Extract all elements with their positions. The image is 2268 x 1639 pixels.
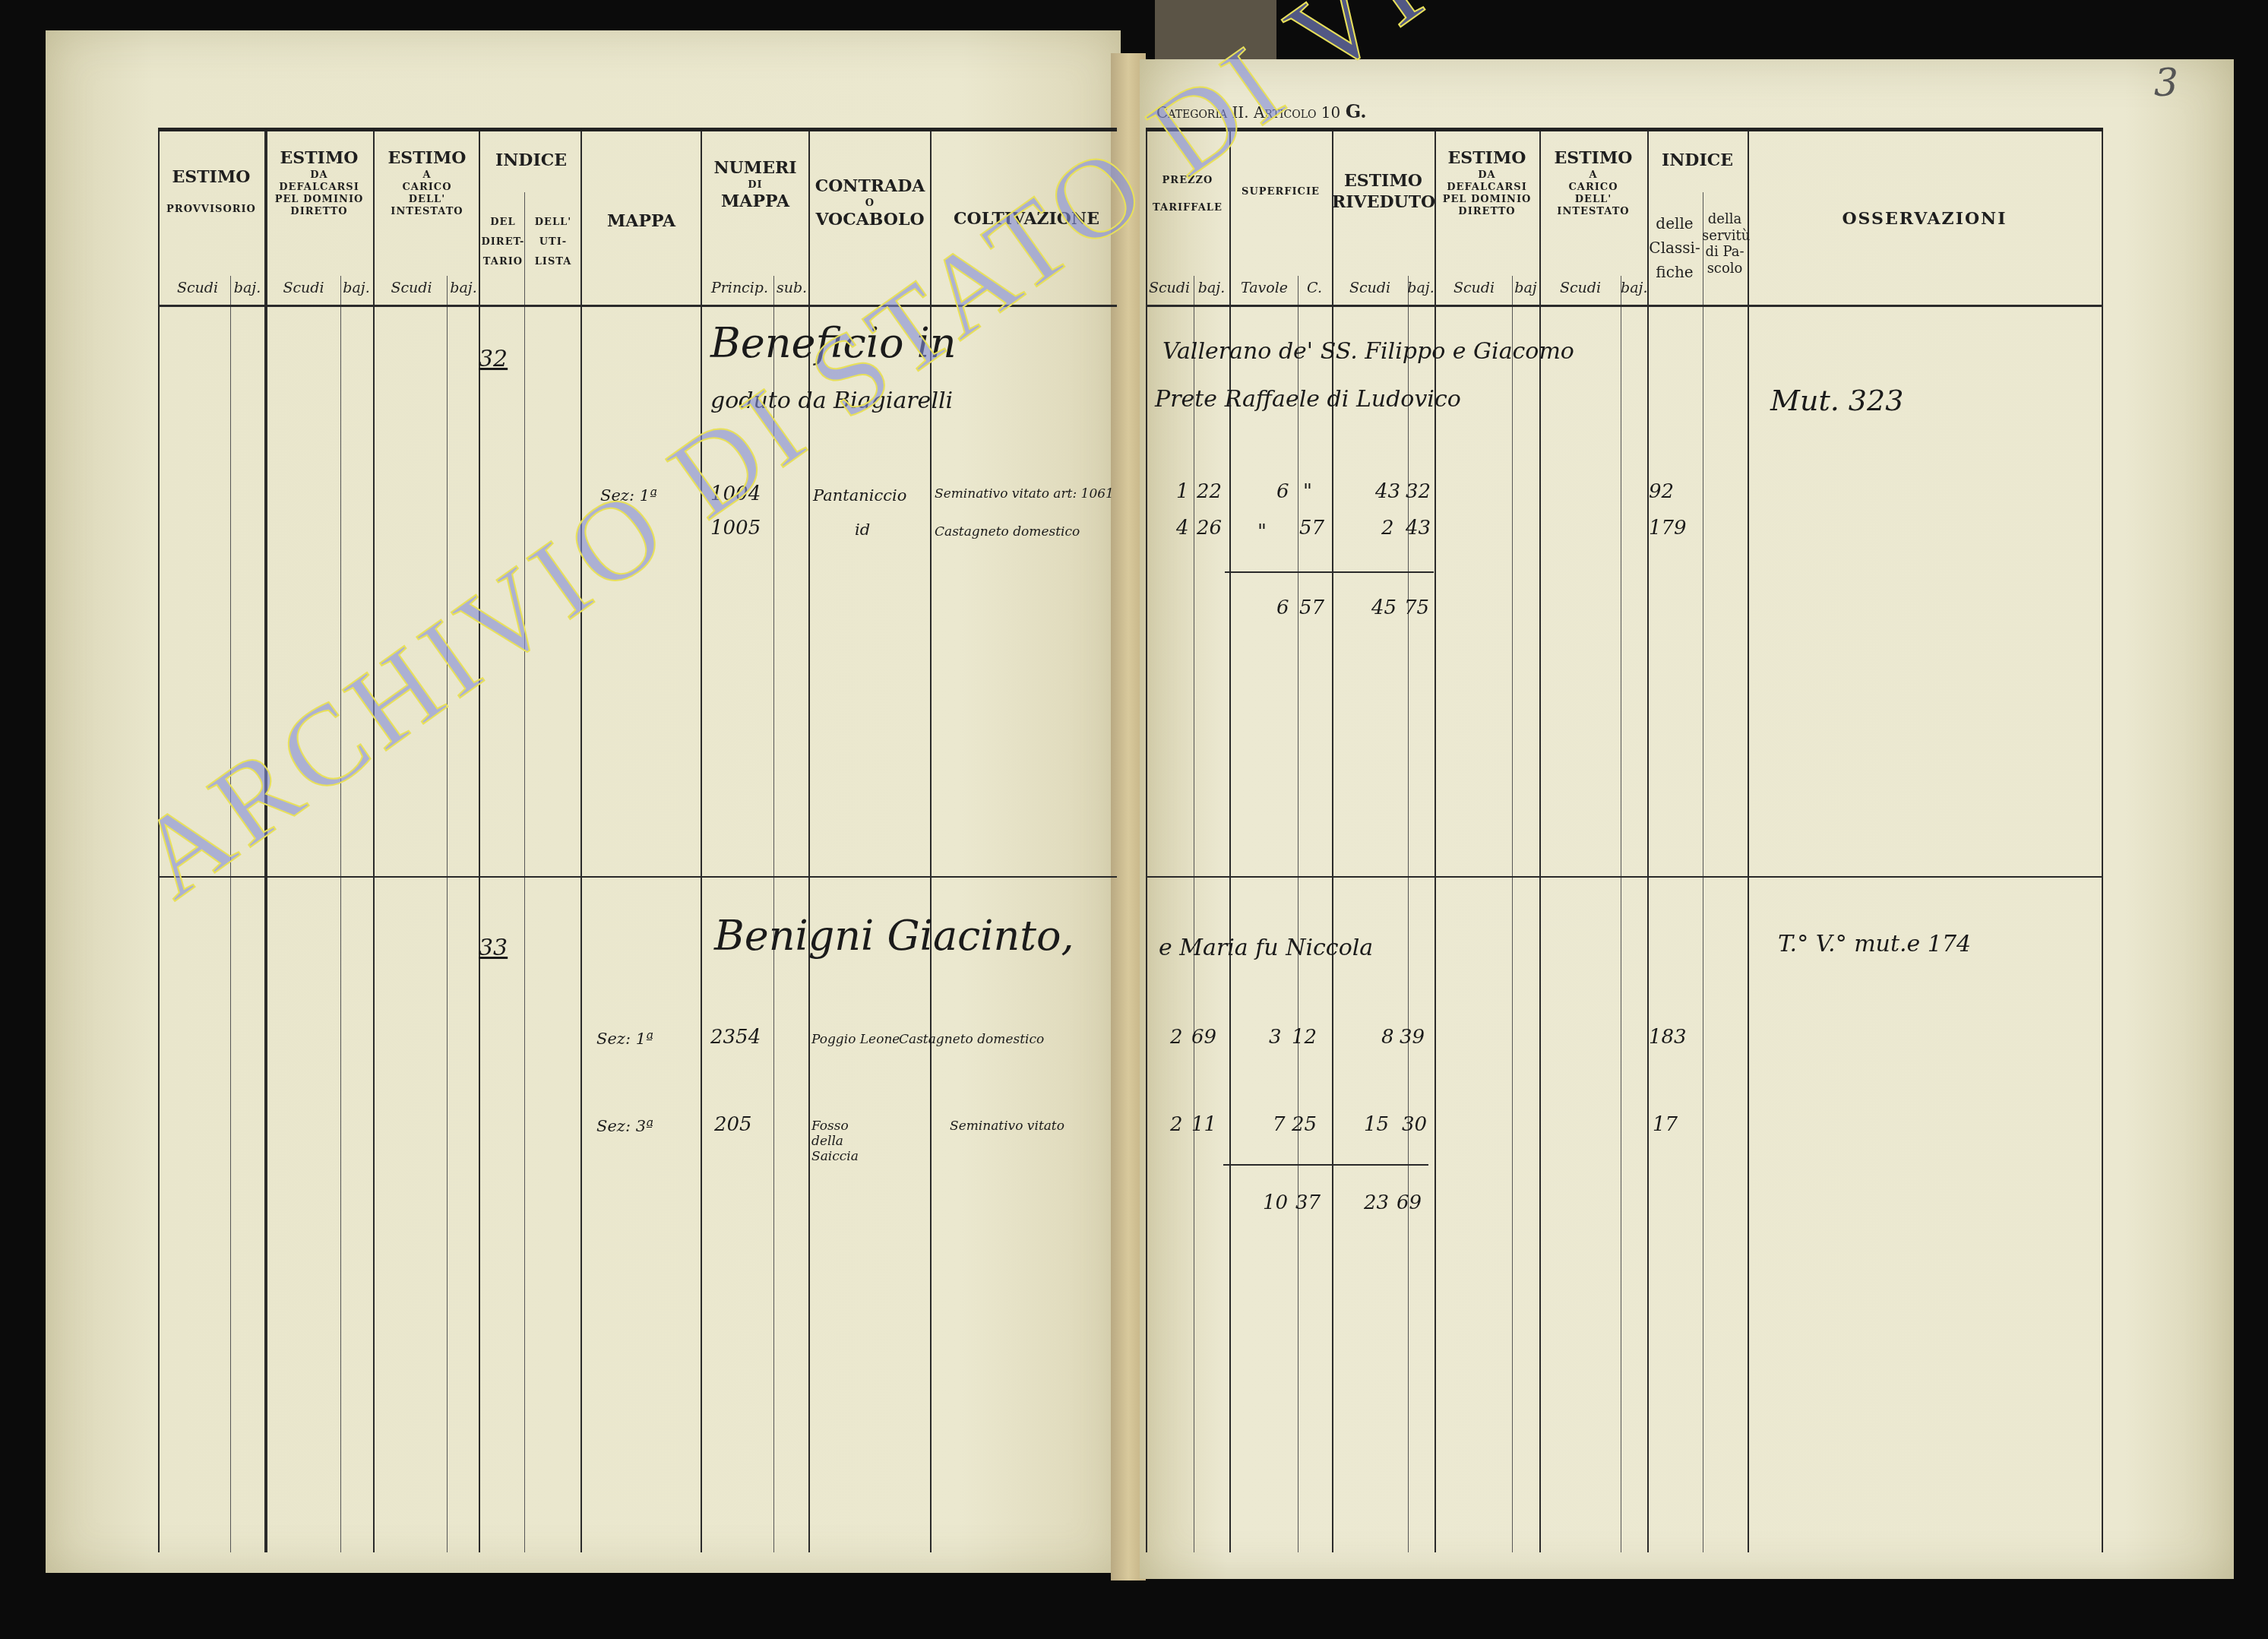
entry-number: 32 (479, 346, 508, 372)
parcel-contrada: Poggio Leone (811, 1032, 900, 1047)
parcel-coltivazione: Seminativo vitato (950, 1119, 1064, 1134)
total-estimo-baj: 69 (1397, 1191, 1422, 1214)
parcel-contrada: Pantaniccio (813, 486, 906, 505)
category-letter: G. (1346, 100, 1367, 122)
total-centesimi: 37 (1295, 1191, 1321, 1214)
header-indice-classifiche: delle Classi-fiche (1647, 211, 1702, 284)
header-indice-left: INDICE (480, 150, 582, 172)
subheader-scudi: Scudi (1436, 280, 1512, 296)
category-header: Categoria II. Articolo 10 G. (1156, 100, 1367, 122)
header-osservazioni: OSSERVAZIONI (1748, 209, 2102, 230)
estimo-scudi: 15 (1364, 1113, 1389, 1136)
left-register-table (158, 128, 1117, 1552)
prezzo-scudi: 1 (1176, 480, 1189, 503)
prezzo-baj: 26 (1197, 517, 1222, 539)
subheader-baj: baj. (448, 280, 479, 296)
subheader-scudi: Scudi (267, 280, 340, 296)
header-estimo-carico-right: ESTIMO A CARICO DELL' INTESTATO (1539, 148, 1647, 219)
header-estimo-riveduto: ESTIMO RIVEDUTO (1332, 171, 1435, 213)
superficie-centesimi: 25 (1292, 1113, 1317, 1136)
subheader-scudi: Scudi (1541, 280, 1620, 296)
prezzo-scudi: 4 (1176, 517, 1189, 539)
parcel-contrada: id (855, 520, 870, 539)
parcel-sezione: Sez: 1ª (600, 486, 657, 505)
classifica: 92 (1649, 480, 1674, 503)
estimo-scudi: 43 (1375, 480, 1400, 503)
header-estimo-carico: ESTIMO A CARICO DELL' INTESTATO (374, 148, 480, 219)
subheader-baj: baj. (340, 280, 372, 296)
owner-name-line1-left: Benigni Giacinto, (714, 912, 1074, 960)
prezzo-baj: 69 (1191, 1026, 1216, 1049)
header-mappa: MAPPA (582, 211, 701, 233)
entry-number: 33 (479, 935, 508, 961)
subheader-tavole: Tavole (1231, 280, 1298, 296)
sum-line (1225, 571, 1434, 573)
superficie-centesimi: " (1303, 480, 1312, 503)
subheader-sub: sub. (775, 280, 808, 296)
subheader-centesimi: C. (1298, 280, 1331, 296)
subheader-scudi: Scudi (163, 280, 232, 296)
subheader-scudi: Scudi (1333, 280, 1406, 296)
estimo-baj: 39 (1400, 1026, 1425, 1049)
parcel-numero: 205 (714, 1113, 752, 1136)
observation: T.° V.° mut.e 174 (1778, 931, 1971, 957)
estimo-scudi: 8 (1381, 1026, 1394, 1049)
header-contrada-vocabolo: CONTRADA O VOCABOLO (810, 176, 930, 230)
total-estimo-baj: 75 (1404, 596, 1429, 619)
total-centesimi: 57 (1299, 596, 1324, 619)
subheader-baj: baj. (230, 280, 264, 296)
estimo-baj: 30 (1402, 1113, 1427, 1136)
superficie-centesimi: 57 (1299, 517, 1324, 539)
parcel-sezione: Sez: 1ª (596, 1030, 653, 1048)
observation: Mut. 323 (1770, 384, 1903, 417)
subheader-scudi: Scudi (375, 280, 448, 296)
prezzo-scudi: 2 (1170, 1113, 1183, 1136)
parcel-coltivazione: Seminativo vitato art: 1061 (935, 486, 1114, 502)
prezzo-baj: 11 (1191, 1113, 1216, 1136)
header-indice-right: INDICE (1647, 150, 1748, 172)
owner-name-line1-right: e Maria fu Niccola (1159, 935, 1373, 961)
subheader-baj: baj. (1407, 280, 1435, 296)
owner-name-line2-left: goduto da Biagiarelli (710, 388, 953, 414)
header-coltivazione: COLTIVAZIONE (932, 209, 1121, 230)
header-indice-direttario: DEL DIRET-TARIO (480, 213, 526, 272)
header-estimo-defalcarsi-right: ESTIMO DA DEFALCARSI PEL DOMINIO DIRETTO (1435, 148, 1539, 219)
parcel-contrada: Fosso della Saiccia (811, 1119, 880, 1164)
subheader-principale: Princip. (704, 280, 776, 296)
superficie-tavole: 3 (1269, 1026, 1282, 1049)
parcel-sezione: Sez: 3ª (596, 1117, 653, 1135)
category-text: Categoria II. Articolo 10 (1156, 103, 1340, 122)
estimo-baj: 32 (1406, 480, 1431, 503)
page-number: 3 (2154, 61, 2178, 105)
subheader-baj: baj. (1194, 280, 1229, 296)
parcel-numero: 1005 (710, 517, 761, 539)
superficie-tavole: " (1257, 520, 1267, 543)
owner-name-line1-left: Beneficio in (710, 319, 957, 367)
subheader-baj: baj. (1621, 280, 1647, 296)
prezzo-scudi: 2 (1170, 1026, 1183, 1049)
parcel-coltivazione: Castagneto domestico (899, 1032, 1044, 1047)
classifica: 179 (1649, 517, 1687, 539)
prezzo-baj: 22 (1197, 480, 1222, 503)
header-estimo-defalcarsi: ESTIMO DA DEFALCARSI PEL DOMINIO DIRETTO (266, 148, 372, 219)
subheader-baj: baj (1512, 280, 1539, 296)
header-indice-utilista: DELL' UTI-LISTA (526, 213, 580, 272)
estimo-baj: 43 (1406, 517, 1431, 539)
total-estimo-scudi: 45 (1371, 596, 1397, 619)
subheader-scudi: Scudi (1146, 280, 1193, 296)
parcel-numero: 1004 (710, 483, 761, 505)
superficie-tavole: 6 (1276, 480, 1289, 503)
total-estimo-scudi: 23 (1364, 1191, 1389, 1214)
estimo-scudi: 2 (1381, 517, 1394, 539)
owner-name-line2-right: Prete Raffaele di Ludovico (1155, 386, 1461, 413)
header-prezzo-tariffale: PREZZO TARIFFALE (1146, 175, 1229, 215)
parcel-coltivazione: Castagneto domestico (935, 524, 1080, 539)
owner-name-line1-right: Vallerano de' SS. Filippo e Giacomo (1162, 338, 1574, 365)
header-superficie: SUPERFICIE (1229, 186, 1332, 198)
parcel-numero: 2354 (710, 1026, 761, 1049)
header-numeri-mappa: NUMERI DI MAPPA (702, 158, 808, 212)
superficie-tavole: 7 (1273, 1113, 1286, 1136)
total-tavole: 10 (1263, 1191, 1288, 1214)
sum-line (1223, 1164, 1428, 1166)
classifica: 183 (1649, 1026, 1687, 1049)
total-tavole: 6 (1276, 596, 1289, 619)
binding-tape (1155, 0, 1276, 61)
classifica: 17 (1653, 1113, 1678, 1136)
header-estimo-provvisorio: ESTIMO PROVVISORIO (158, 167, 264, 216)
superficie-centesimi: 12 (1292, 1026, 1317, 1049)
header-indice-servitu-pascolo: della servitù di Pa-scolo (1702, 211, 1748, 277)
